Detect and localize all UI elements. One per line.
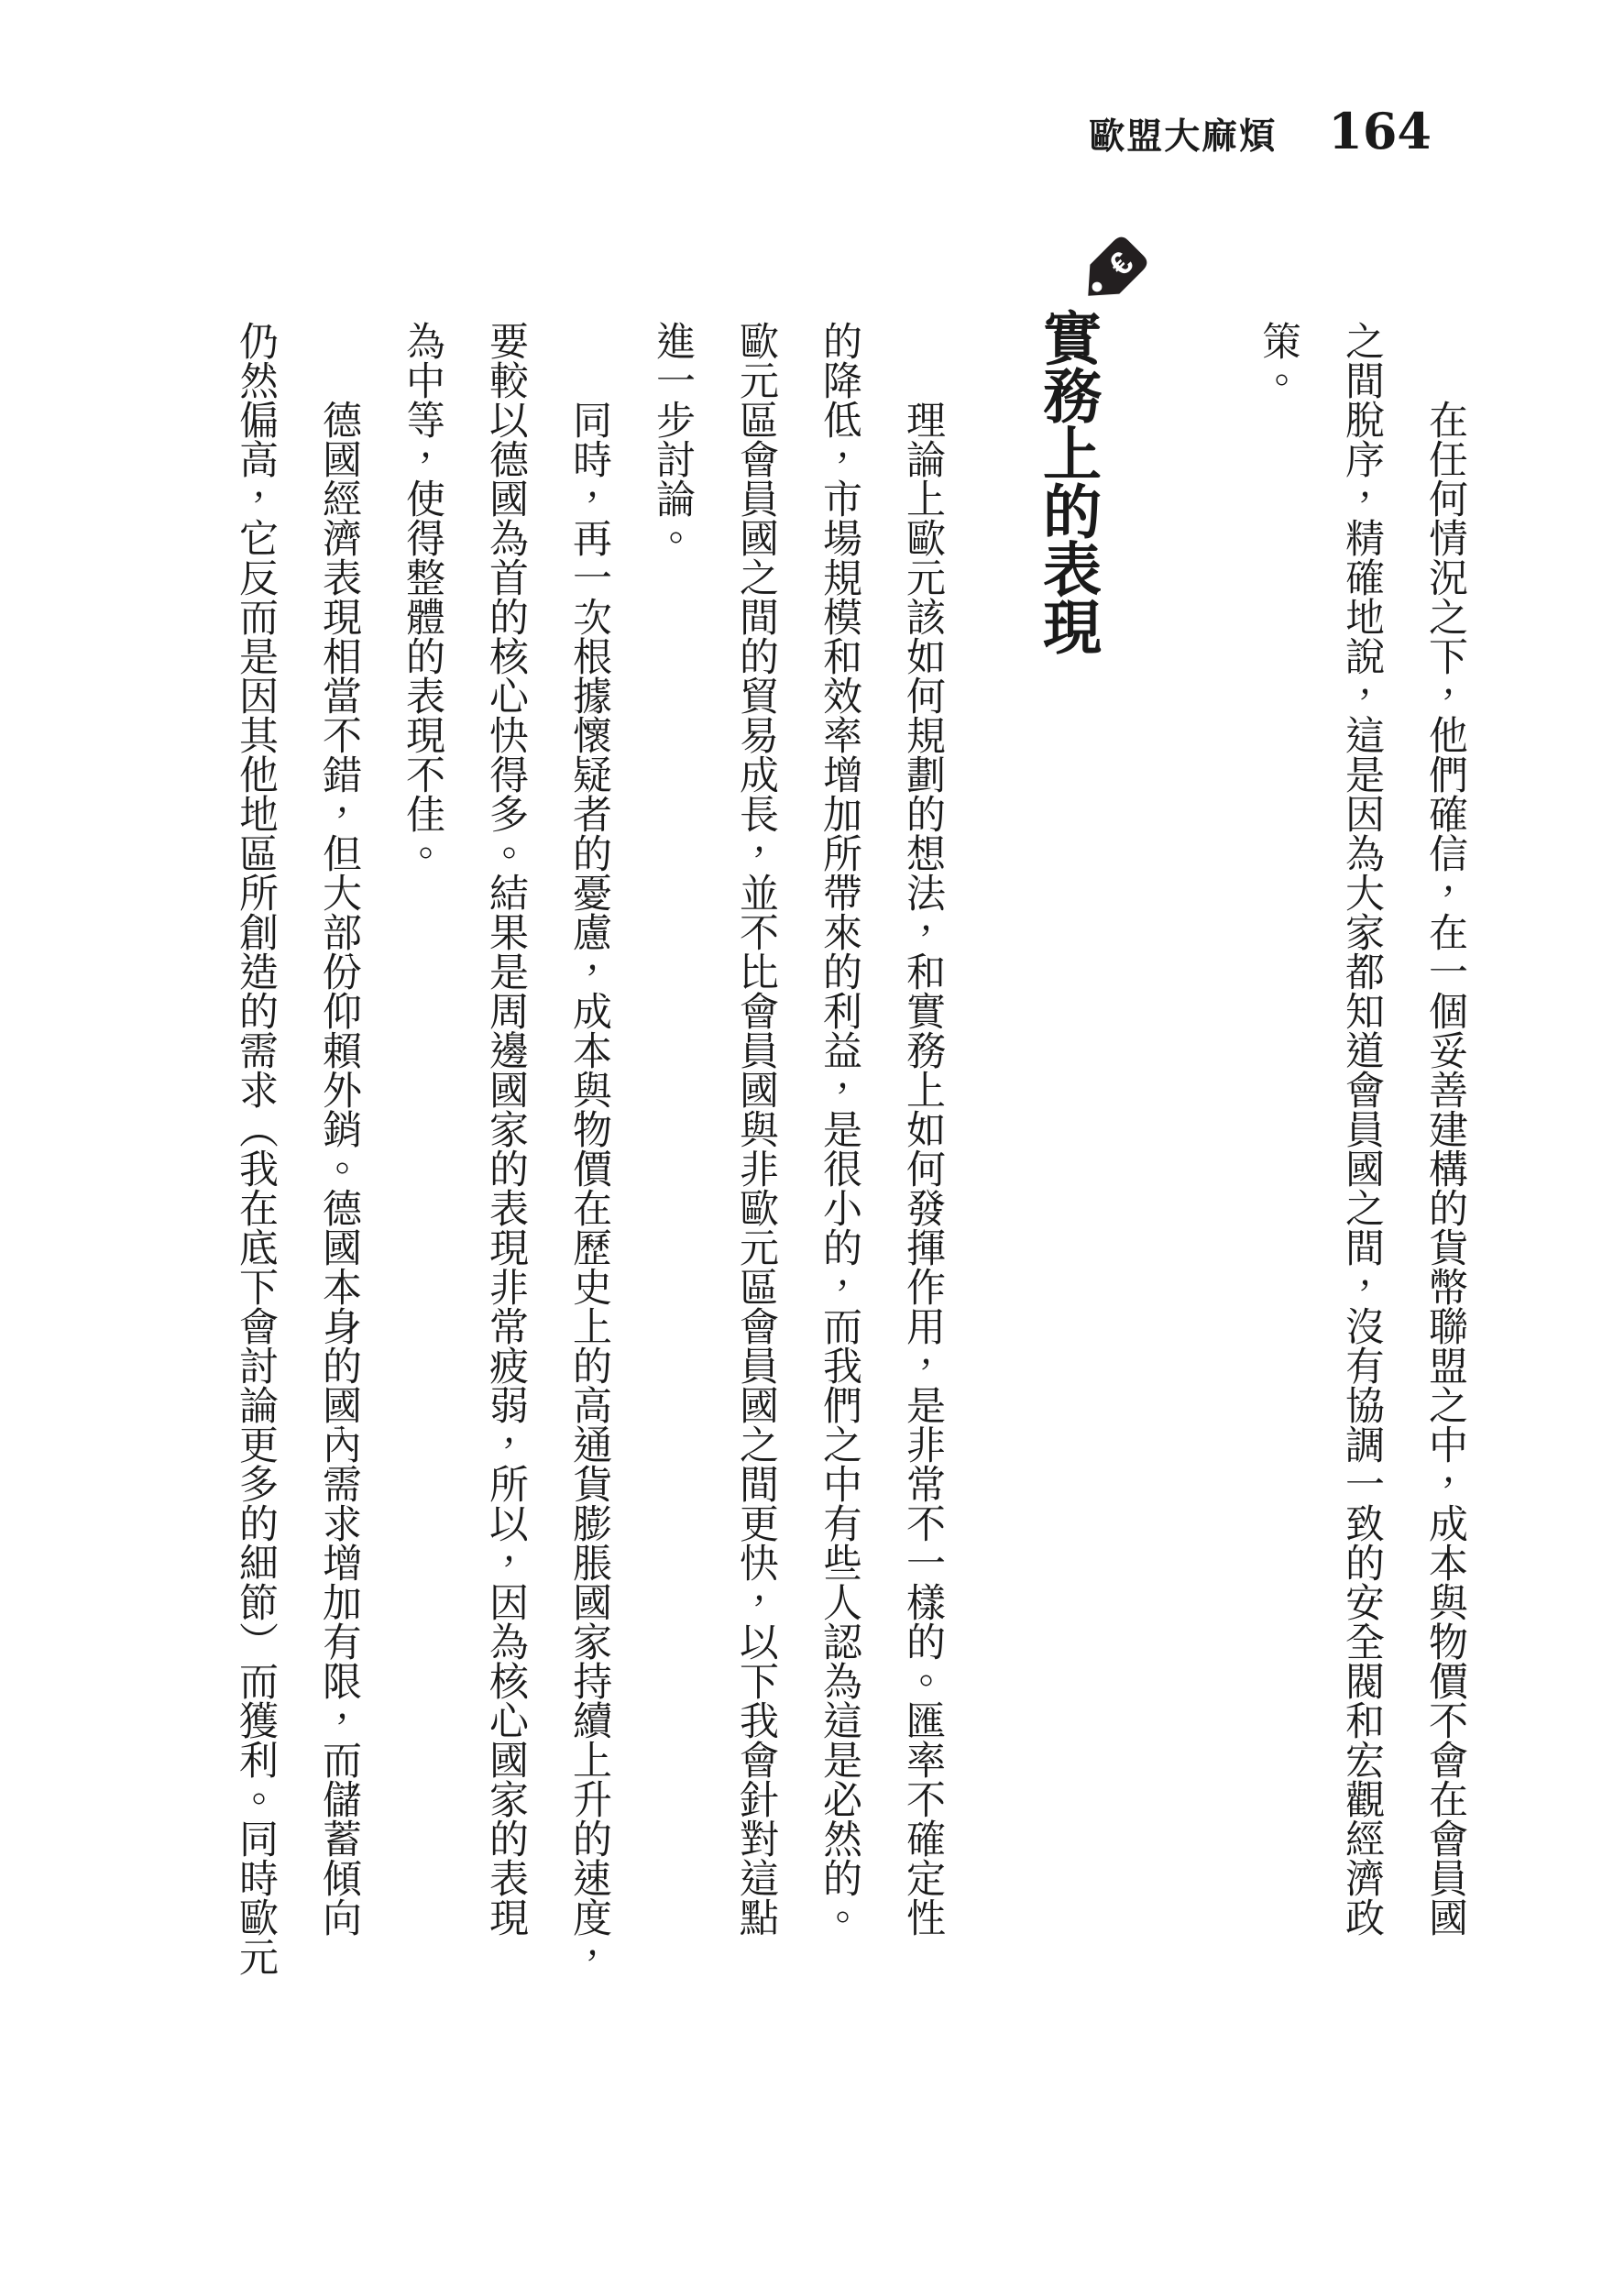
text-column-3: 策。 [1236, 321, 1320, 2003]
euro-price-tag-icon: € [1070, 214, 1169, 313]
book-title: 歐盟大麻煩 [1089, 119, 1277, 155]
section-title: 實務上的表現 [1013, 308, 1123, 2003]
text-column-5: 的降低，市場規模和效率增加所帶來的利益，是很小的，而我們之中有些人認為這是必然的… [797, 321, 881, 2003]
tag-shape [1073, 234, 1150, 311]
text-column-8: 同時，再一次根據懷疑者的憂慮，成本與物價在歷史上的高通貨膨脹國家持續上升的速度， [547, 321, 631, 2003]
text-column-1: 在任何情況之下，他們確信，在一個妥善建構的貨幣聯盟之中，成本與物價不會在會員國 [1403, 321, 1487, 2003]
text-column-7: 進一步討論。 [631, 321, 714, 2003]
text-column-9: 要較以德國為首的核心快得多。結果是周邊國家的表現非常疲弱，所以，因為核心國家的表… [464, 321, 547, 2003]
text-column-6: 歐元區會員國之間的貿易成長，並不比會員國與非歐元區會員國之間更快，以下我會針對這… [714, 321, 797, 2003]
text-column-10: 為中等，使得整體的表現不佳。 [380, 321, 464, 2003]
text-column-11: 德國經濟表現相當不錯，但大部份仰賴外銷。德國本身的國內需求增加有限，而儲蓄傾向 [297, 321, 380, 2003]
text-column-2: 之間脫序，精確地說，這是因為大家都知道會員國之間，沒有協調一致的安全閥和宏觀經濟… [1320, 321, 1403, 2003]
book-page: 歐盟大麻煩 164 € 在任何情況之下，他們確信，在一個妥善建構的貨幣聯盟之中，… [0, 0, 1624, 2274]
page-text-block: 在任何情況之下，他們確信，在一個妥善建構的貨幣聯盟之中，成本與物價不會在會員國 … [214, 321, 1487, 2003]
page-number: 164 [1328, 106, 1432, 156]
text-column-12: 仍然偏高，它反而是因其他地區所創造的需求（我在底下會討論更多的細節）而獲利。同時… [214, 321, 297, 2003]
running-head: 歐盟大麻煩 164 [1089, 106, 1432, 156]
text-column-4: 理論上歐元該如何規劃的想法，和實務上如何發揮作用，是非常不一樣的。匯率不確定性 [881, 321, 964, 2003]
